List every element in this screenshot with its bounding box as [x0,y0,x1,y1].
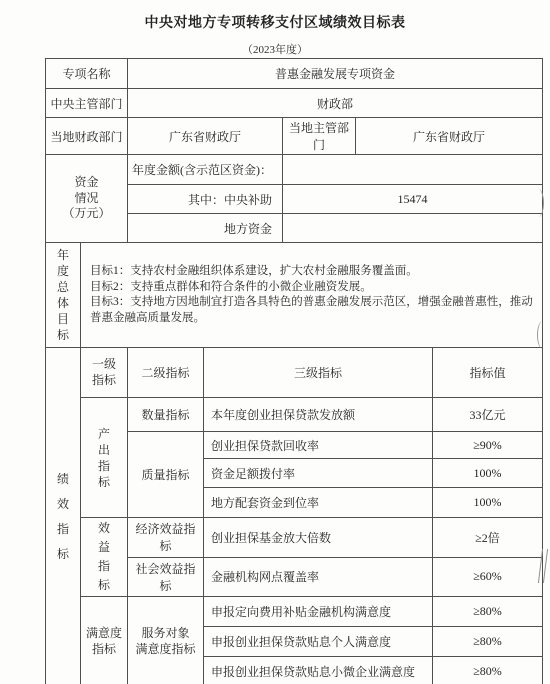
document-title: 中央对地方专项转移支付区域绩效目标表 [0,12,550,32]
local-finance-label: 当地财政部门 [46,118,128,155]
indicator-name: 创业担保贷款回收率 [204,432,433,459]
funding-annual-value [283,155,543,185]
group-output-label-text: 产出指标 [98,426,110,490]
group-satisfaction-label: 满意度 指标 [81,597,128,684]
local-dept-value: 广东省财政厅 [356,118,543,155]
indicator-value: 100% [433,459,543,488]
project-name-label: 专项名称 [46,59,128,89]
performance-section-label-text: 绩效指标 [57,467,69,567]
goal-item-2: 目标2：支持重点群体和符合条件的小微企业融资发展。 [90,280,536,296]
indicator-value: ≥60% [433,557,543,597]
group-quality-label: 质量指标 [128,432,204,518]
table-row: 当地财政部门 广东省财政厅 当地主管部门 广东省财政厅 [46,118,543,155]
table-row: 中央主管部门 财政部 [46,89,543,118]
document-subtitle: （2023年度） [0,41,550,57]
indicator-name: 申报创业担保贷款贴息个人满意度 [204,627,433,657]
funding-annual-label: 年度金额(含示范区资金)： [128,155,283,185]
indicator-value: ≥80% [433,597,543,627]
group-social-label: 社会效益指标 [128,557,204,597]
funding-local-label: 地方资金 [128,214,283,243]
indicator-value: ≥90% [433,432,543,459]
table-row: 满意度 指标 服务对象 满意度指标 申报定向费用补贴金融机构满意度 ≥80% [46,597,543,627]
indicator-value: ≥80% [433,657,543,684]
funding-central-label: 其中：中央补助 [128,185,283,214]
indicator-name: 申报定向费用补贴金融机构满意度 [204,597,433,627]
indicator-name: 申报创业担保贷款贴息小微企业满意度 [204,657,433,684]
project-name-value: 普惠金融发展专项资金 [128,59,543,89]
funding-local-value [283,214,543,243]
central-dept-value: 财政部 [128,89,543,118]
funding-section-label-text: 资金 情况 （万元） [63,175,111,220]
annual-goals-section-label: 年度总体目标 [46,243,81,348]
goal-item-3: 目标3：支持地方因地制宜打造各具特色的普惠金融发展示范区，增强金融普惠性，推动普… [90,295,536,326]
performance-section-label: 绩效指标 [46,348,81,684]
indicator-name: 金融机构网点覆盖率 [204,557,433,597]
indicator-value: ≥2倍 [433,518,543,558]
document-page: 中央对地方专项转移支付区域绩效目标表 （2023年度） 专项名称 普惠金融发展专… [0,0,550,684]
group-benefit-label: 效益指标 [81,518,128,597]
table-row: 产出指标 数量指标 本年度创业担保贷款发放额 33亿元 [46,398,543,432]
local-dept-label: 当地主管部门 [283,118,356,155]
header-value: 指标值 [433,348,543,398]
central-dept-label: 中央主管部门 [46,89,128,118]
goal-item-1: 目标1：支持农村金融组织体系建设，扩大农村金融服务覆盖面。 [90,264,536,280]
table-row: 绩效指标 一级 指标 二级指标 三级指标 指标值 [46,348,543,398]
group-quantity-label: 数量指标 [128,398,204,432]
table-row: 专项名称 普惠金融发展专项资金 [46,59,543,89]
group-service-label: 服务对象 满意度指标 [128,597,204,684]
header-level2: 二级指标 [128,348,204,398]
table-row: 资金 情况 （万元） 年度金额(含示范区资金)： [46,155,543,185]
group-benefit-label-text: 效益指标 [98,519,110,595]
local-finance-value: 广东省财政厅 [128,118,283,155]
indicator-value: 100% [433,488,543,518]
header-level1: 一级 指标 [81,348,128,398]
annual-goals-section-label-text: 年度总体目标 [57,247,69,343]
funding-central-value: 15474 [283,185,543,214]
indicator-value: ≥80% [433,627,543,657]
table-row: 年度总体目标 目标1：支持农村金融组织体系建设，扩大农村金融服务覆盖面。 目标2… [46,243,543,348]
performance-target-table: 专项名称 普惠金融发展专项资金 中央主管部门 财政部 当地财政部门 广东省财政厅… [45,58,543,684]
annual-goals-content: 目标1：支持农村金融组织体系建设，扩大农村金融服务覆盖面。 目标2：支持重点群体… [81,243,543,348]
group-output-label: 产出指标 [81,398,128,518]
indicator-name: 资金足额拨付率 [204,459,433,488]
group-economic-label: 经济效益指标 [128,518,204,558]
header-level3: 三级指标 [204,348,433,398]
table-row: 效益指标 经济效益指标 创业担保基金放大倍数 ≥2倍 [46,518,543,558]
indicator-name: 创业担保基金放大倍数 [204,518,433,558]
indicator-value: 33亿元 [433,398,543,432]
indicator-name: 地方配套资金到位率 [204,488,433,518]
indicator-name: 本年度创业担保贷款发放额 [204,398,433,432]
funding-section-label: 资金 情况 （万元） [46,155,128,243]
